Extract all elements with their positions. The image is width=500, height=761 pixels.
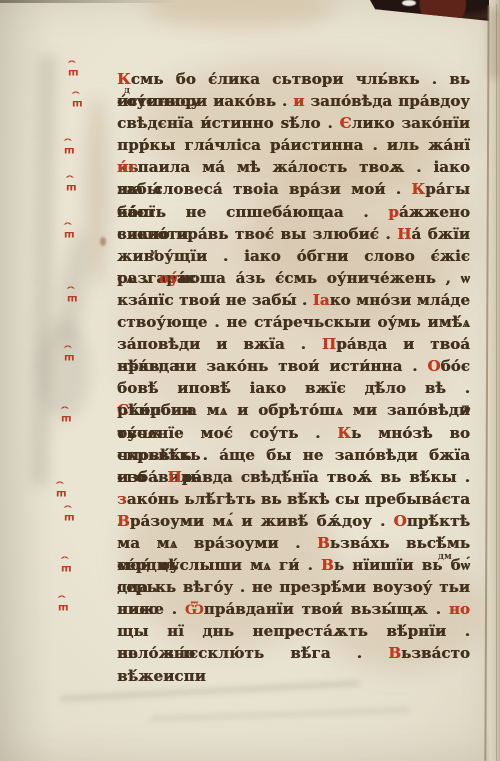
ink-text: прѣ́ктѣ (407, 512, 470, 530)
tau-glyph: ш (72, 98, 83, 109)
ink-text: ба́єть не спшеба́ющаа . (117, 203, 388, 221)
margin-gloss-mark: ˆш (62, 179, 84, 197)
manuscript-line: бовѣ́ иповѣ́ іако вжїє дѣ́ло вѣ . Ско́рб… (117, 377, 470, 399)
rubric-text: и́с (117, 158, 137, 176)
ink-text: пра́вданїи твои́ вьзы́щѫ . (204, 600, 449, 618)
rubric-text: К (337, 424, 351, 442)
margin-gloss-mark: ˆш (57, 410, 79, 428)
ink-text: сѧ . (117, 269, 159, 287)
manuscript-line: за́повѣди и вжїа . Пра́вда и твоа́ пра́в… (117, 333, 470, 355)
ink-text: ствоу́юще . не ста́речьскыи оу́мь имѣ́ѧ (117, 313, 470, 331)
ink-text: лико зако́нїи (352, 114, 470, 132)
manuscript-line: и́спаила ма́ мѣ жа́лость твоѫ . іако заб… (117, 156, 470, 178)
manuscript-line: сѧ . оу́ноша а́зь є́смь оу́ниче́жень , ѡ (117, 267, 470, 289)
rubric-text: О (394, 512, 407, 530)
tau-glyph: ш (56, 488, 67, 499)
ink-text: свѣдєнїа и́стинно ѕѣ́ло . (117, 114, 340, 132)
ink-text: вь зы́єсклю́ть вѣ́га . (117, 644, 388, 662)
margin-gloss-mark: ˆш (60, 349, 82, 367)
manuscript-line: Вра́зоуми мѧ́ и живѣ́ бѫ́доу . Опрѣ́ктѣ (117, 510, 470, 532)
ink-text: соу́створи иако́вь . (117, 92, 293, 110)
tau-glyph: ш (64, 229, 75, 240)
manuscript-line: чловѣ́кь . а́ще бы не запо́вѣди бжїа изб… (117, 444, 470, 466)
manuscript-line: оу́чєнїе моє́ соу́ть . Кь мно́зѣ во скрь… (117, 422, 470, 444)
rubric-text: В (117, 512, 130, 530)
rubric-text: К (411, 180, 425, 198)
manuscript-line: живоу́щїи . іако о́бгни слово є́жіє разг… (117, 245, 470, 267)
manuscript-line: ствоу́юще . не ста́речьскыи оу́мь имѣ́ѧ (117, 311, 470, 333)
interlinear-letter: дм (438, 552, 452, 562)
ink-text: за́повѣди и вжїа . (117, 335, 322, 353)
manuscript-line: зикло пра́вь твоє́ вы злюбиє́ . На́ бжїи (117, 223, 470, 245)
rubric-text: Н (397, 225, 411, 243)
rubric-text: но (449, 600, 470, 618)
rubric-text: В (388, 644, 401, 662)
tau-glyph: ш (64, 145, 75, 156)
rubric-text: Іа (313, 291, 330, 309)
gutter-smudge (86, 95, 108, 285)
ink-text: мои́ оу́слыши мѧ ги́ . (117, 556, 321, 574)
ink-text: кза́пїс твои́ не забы́ . (117, 291, 313, 309)
white-spot (402, 0, 416, 6)
margin-gloss-mark: ˆш (63, 290, 85, 308)
ink-text: ма мѧ вра́зоуми . (117, 534, 317, 552)
interlinear-letter: м (150, 248, 158, 258)
rubric-text: П (167, 468, 181, 486)
background-top-right-corner (370, 0, 500, 22)
text-block: Ксмь бо є́лика сьтвори чль́вкь . вь и́ст… (117, 68, 470, 665)
tau-glyph: ш (58, 602, 69, 613)
rubric-text: П (322, 335, 336, 353)
page-fore-edge (489, 0, 500, 761)
manuscript-line: вь зы́єсклю́ть вѣ́га . Вьзва́сто вѣ́жеис… (117, 642, 470, 664)
ink-text: ша словеса́ твоіа вра́зи мои́ . (117, 180, 411, 198)
manuscript-line: рѣ́ипоша мѧ и обрѣто́шѧ ми запо́вѣди тво… (117, 399, 470, 421)
ink-text: бовѣ́ иповѣ́ іако вжїє дѣ́ло вѣ . (117, 379, 470, 397)
margin-gloss-mark: ˆш (60, 142, 82, 160)
margin-gloss-mark: ˆш (52, 485, 74, 503)
manuscript-line: Ксмь бо є́лика сьтвори чль́вкь . вь и́ст… (117, 68, 470, 90)
tau-glyph: ш (61, 413, 72, 424)
manuscript-line: лиже . Ѿпра́вданїи твои́ вьзы́щѫ . но (117, 598, 470, 620)
manuscript-line: свѣдєнїа и́стинно ѕѣ́ло . Єлико зако́нїи (117, 112, 470, 134)
manuscript-line: єго . Пра́вда свѣдѣ́нїа твоѫ́ вь вѣ́кы . (117, 466, 470, 488)
ink-text: вѣ́кы ни зако́нь твои́ исти́нна . (117, 357, 427, 375)
rubric-text: В (317, 534, 330, 552)
rust-speck (100, 237, 106, 246)
rubric-text: Є (340, 114, 352, 132)
ink-text: єго . (117, 468, 167, 486)
rubric-text: Ѿ (185, 600, 204, 618)
parchment-stain (145, 0, 335, 30)
background-top-edge (0, 0, 180, 3)
manuscript-line: ма мѧ вра́зоуми . Вьзва́хь вьсѣ́мь се́рд… (117, 532, 470, 554)
interlinear-letter: д (124, 86, 130, 96)
rubric-text: оу́ (159, 269, 179, 287)
manuscript-line: мои́ оу́слыши мѧ ги́ . Вь нїишїи вь бѡ́ … (117, 554, 470, 576)
tau-glyph: ш (64, 512, 75, 523)
ink-text: бо́є (441, 357, 470, 375)
tau-glyph: ш (66, 182, 77, 193)
ink-text: ко мно́зи мла́де (330, 291, 470, 309)
manuscript-line: щы нї днь непреста́ѫть вѣ́рнїи . нело́жн… (117, 620, 470, 642)
manuscript-line: вѣ́кы ни зако́нь твои́ исти́нна . Обо́є (117, 355, 470, 377)
manuscript-line: ша словеса́ твоіа вра́зи мои́ . Кра́гы к… (117, 178, 470, 200)
rubric-text: и (293, 92, 304, 110)
parchment-crease (60, 680, 360, 702)
manuscript-line: зако́нь ьлѣ́гѣть вь вѣ́кѣ сы пребыва́єта… (117, 488, 470, 510)
margin-gloss-mark: ˆш (54, 599, 76, 617)
margin-gloss-mark: ˆш (68, 95, 90, 113)
manuscript-line: кза́пїс твои́ не забы́ . Іако мно́зи мла… (117, 289, 470, 311)
ink-text: ра́вда свѣдѣ́нїа твоѫ́ вь вѣ́кы . (182, 468, 470, 486)
rubric-text: р (388, 203, 399, 221)
margin-gloss-mark: ˆш (64, 64, 86, 82)
ink-text: ра́зоуми мѧ́ и живѣ́ бѫ́доу . (130, 512, 394, 530)
parchment-crease (150, 707, 410, 721)
ink-text: оу́чєнїе моє́ соу́ть . (117, 424, 337, 442)
ink-text: ноша а́зь є́смь оу́ниче́жень , ѡ (179, 269, 470, 287)
ink-text: зикло пра́вь твоє́ вы злюбиє́ . (117, 225, 397, 243)
manuscript-line: ба́єть не спшеба́ющаа . ра́жжено слово́т… (117, 201, 470, 223)
tau-glyph: ш (67, 293, 78, 304)
manuscript-line: соу́створи иако́вь . и запо́вѣда пра́вдо… (117, 90, 470, 112)
margin-gloss-mark: ˆш (60, 509, 82, 527)
manuscript-photo: ˆшˆшˆшˆшˆшˆшˆшˆшˆшˆшˆшˆш Ксмь бо є́лика … (0, 0, 500, 761)
ink-text: лиже . (117, 600, 185, 618)
manuscript-line: дца кь вѣго́у . не презрѣ́ми воузоу́ тьи… (117, 576, 470, 598)
tau-glyph: ш (68, 67, 79, 78)
rubric-text: О (427, 357, 440, 375)
tau-glyph: ш (64, 352, 75, 363)
margin-gloss-mark: ˆш (60, 226, 82, 244)
rubric-text: В (321, 556, 334, 574)
ink-text: запо́вѣда пра́вдоу (304, 92, 470, 110)
tau-glyph: ш (61, 563, 72, 574)
ink-text: а́ бжїи (411, 225, 470, 243)
manuscript-line: прр́кы гла́чліса ра́истинна . иль жа́нї … (117, 134, 470, 156)
rubric-text: з (117, 490, 127, 508)
margin-gloss-mark: ˆш (57, 560, 79, 578)
underlying-page-edge-line (496, 4, 497, 761)
